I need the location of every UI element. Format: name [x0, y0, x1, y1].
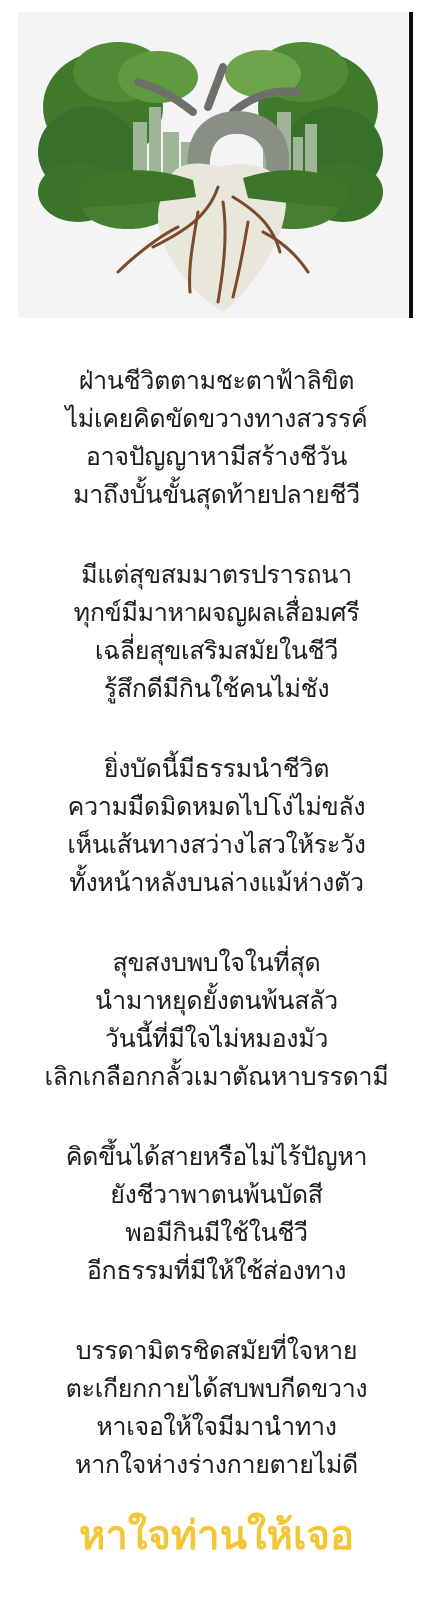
- stanza-2: มีแต่สุขสมมาตรปรารถนา ทุกข์มีมาหาผจญผลเส…: [0, 556, 433, 708]
- hero-illustration: [18, 12, 408, 318]
- poem-line: รู้สึกดีมีกินใช้คนไม่ชัง: [0, 670, 433, 708]
- poem-line: ทั้งหน้าหลังบนล่างแม้ห่างตัว: [0, 864, 433, 902]
- poem-line: มีแต่สุขสมมาตรปรารถนา: [0, 556, 433, 594]
- poem-line: เฉลี่ยสุขเสริมสมัยในชีวี: [0, 632, 433, 670]
- heart-tree-illustration: [18, 12, 408, 318]
- stanza-4: สุขสงบพบใจในที่สุด นำมาหยุดยั้งตนพ้นสลัว…: [0, 944, 433, 1096]
- poem-line: หากใจห่างร่างกายตายไม่ดี: [0, 1446, 433, 1484]
- stanza-3: ยิ่งบัดนี้มีธรรมนำชีวิต ความมืดมิดหมดไปโ…: [0, 750, 433, 902]
- poem-line: เห็นเส้นทางสว่างไสวให้ระวัง: [0, 826, 433, 864]
- poem-line: บรรดามิตรชิดสมัยที่ใจหาย: [0, 1332, 433, 1370]
- stanza-5: คิดขึ้นได้สายหรือไม่ไร้ปัญหา ยังชีวาพาตน…: [0, 1138, 433, 1290]
- poem-line: ยิ่งบัดนี้มีธรรมนำชีวิต: [0, 750, 433, 788]
- poem-line: อีกธรรมที่มีให้ใช้ส่องทาง: [0, 1252, 433, 1290]
- poem-line: ไม่เคยคิดขัดขวางทางสวรรค์: [0, 400, 433, 438]
- poem-line: มาถึงบั้นขั้นสุดท้ายปลายชีวี: [0, 476, 433, 514]
- side-divider-bar: [409, 12, 413, 318]
- poem-line: ตะเกียกกายได้สบพบกีดขวาง: [0, 1370, 433, 1408]
- poem-title: หาใจท่านให้เจอ: [0, 1508, 433, 1564]
- poem-line: อาจปัญญาหามีสร้างชีวัน: [0, 438, 433, 476]
- poem: ฝ่านชีวิตตามชะตาฟ้าลิขิต ไม่เคยคิดขัดขวา…: [0, 362, 433, 1526]
- poem-line: หาเจอให้ใจมีมานำทาง: [0, 1408, 433, 1446]
- poem-line: วันนี้ที่มีใจไม่หมองมัว: [0, 1020, 433, 1058]
- poem-line: สุขสงบพบใจในที่สุด: [0, 944, 433, 982]
- poem-line: พอมีกินมีใช้ในชีวี: [0, 1214, 433, 1252]
- stanza-1: ฝ่านชีวิตตามชะตาฟ้าลิขิต ไม่เคยคิดขัดขวา…: [0, 362, 433, 514]
- poem-line: คิดขึ้นได้สายหรือไม่ไร้ปัญหา: [0, 1138, 433, 1176]
- poem-line: ความมืดมิดหมดไปโง่ไม่ขลัง: [0, 788, 433, 826]
- poem-line: ทุกข์มีมาหาผจญผลเสื่อมศรี: [0, 594, 433, 632]
- poem-line: ยังชีวาพาตนพ้นบัดสี: [0, 1176, 433, 1214]
- stanza-6: บรรดามิตรชิดสมัยที่ใจหาย ตะเกียกกายได้สบ…: [0, 1332, 433, 1484]
- poem-line: นำมาหยุดยั้งตนพ้นสลัว: [0, 982, 433, 1020]
- poem-line: ฝ่านชีวิตตามชะตาฟ้าลิขิต: [0, 362, 433, 400]
- poem-line: เลิกเกลือกกลั้วเมาตัณหาบรรดามี: [0, 1058, 433, 1096]
